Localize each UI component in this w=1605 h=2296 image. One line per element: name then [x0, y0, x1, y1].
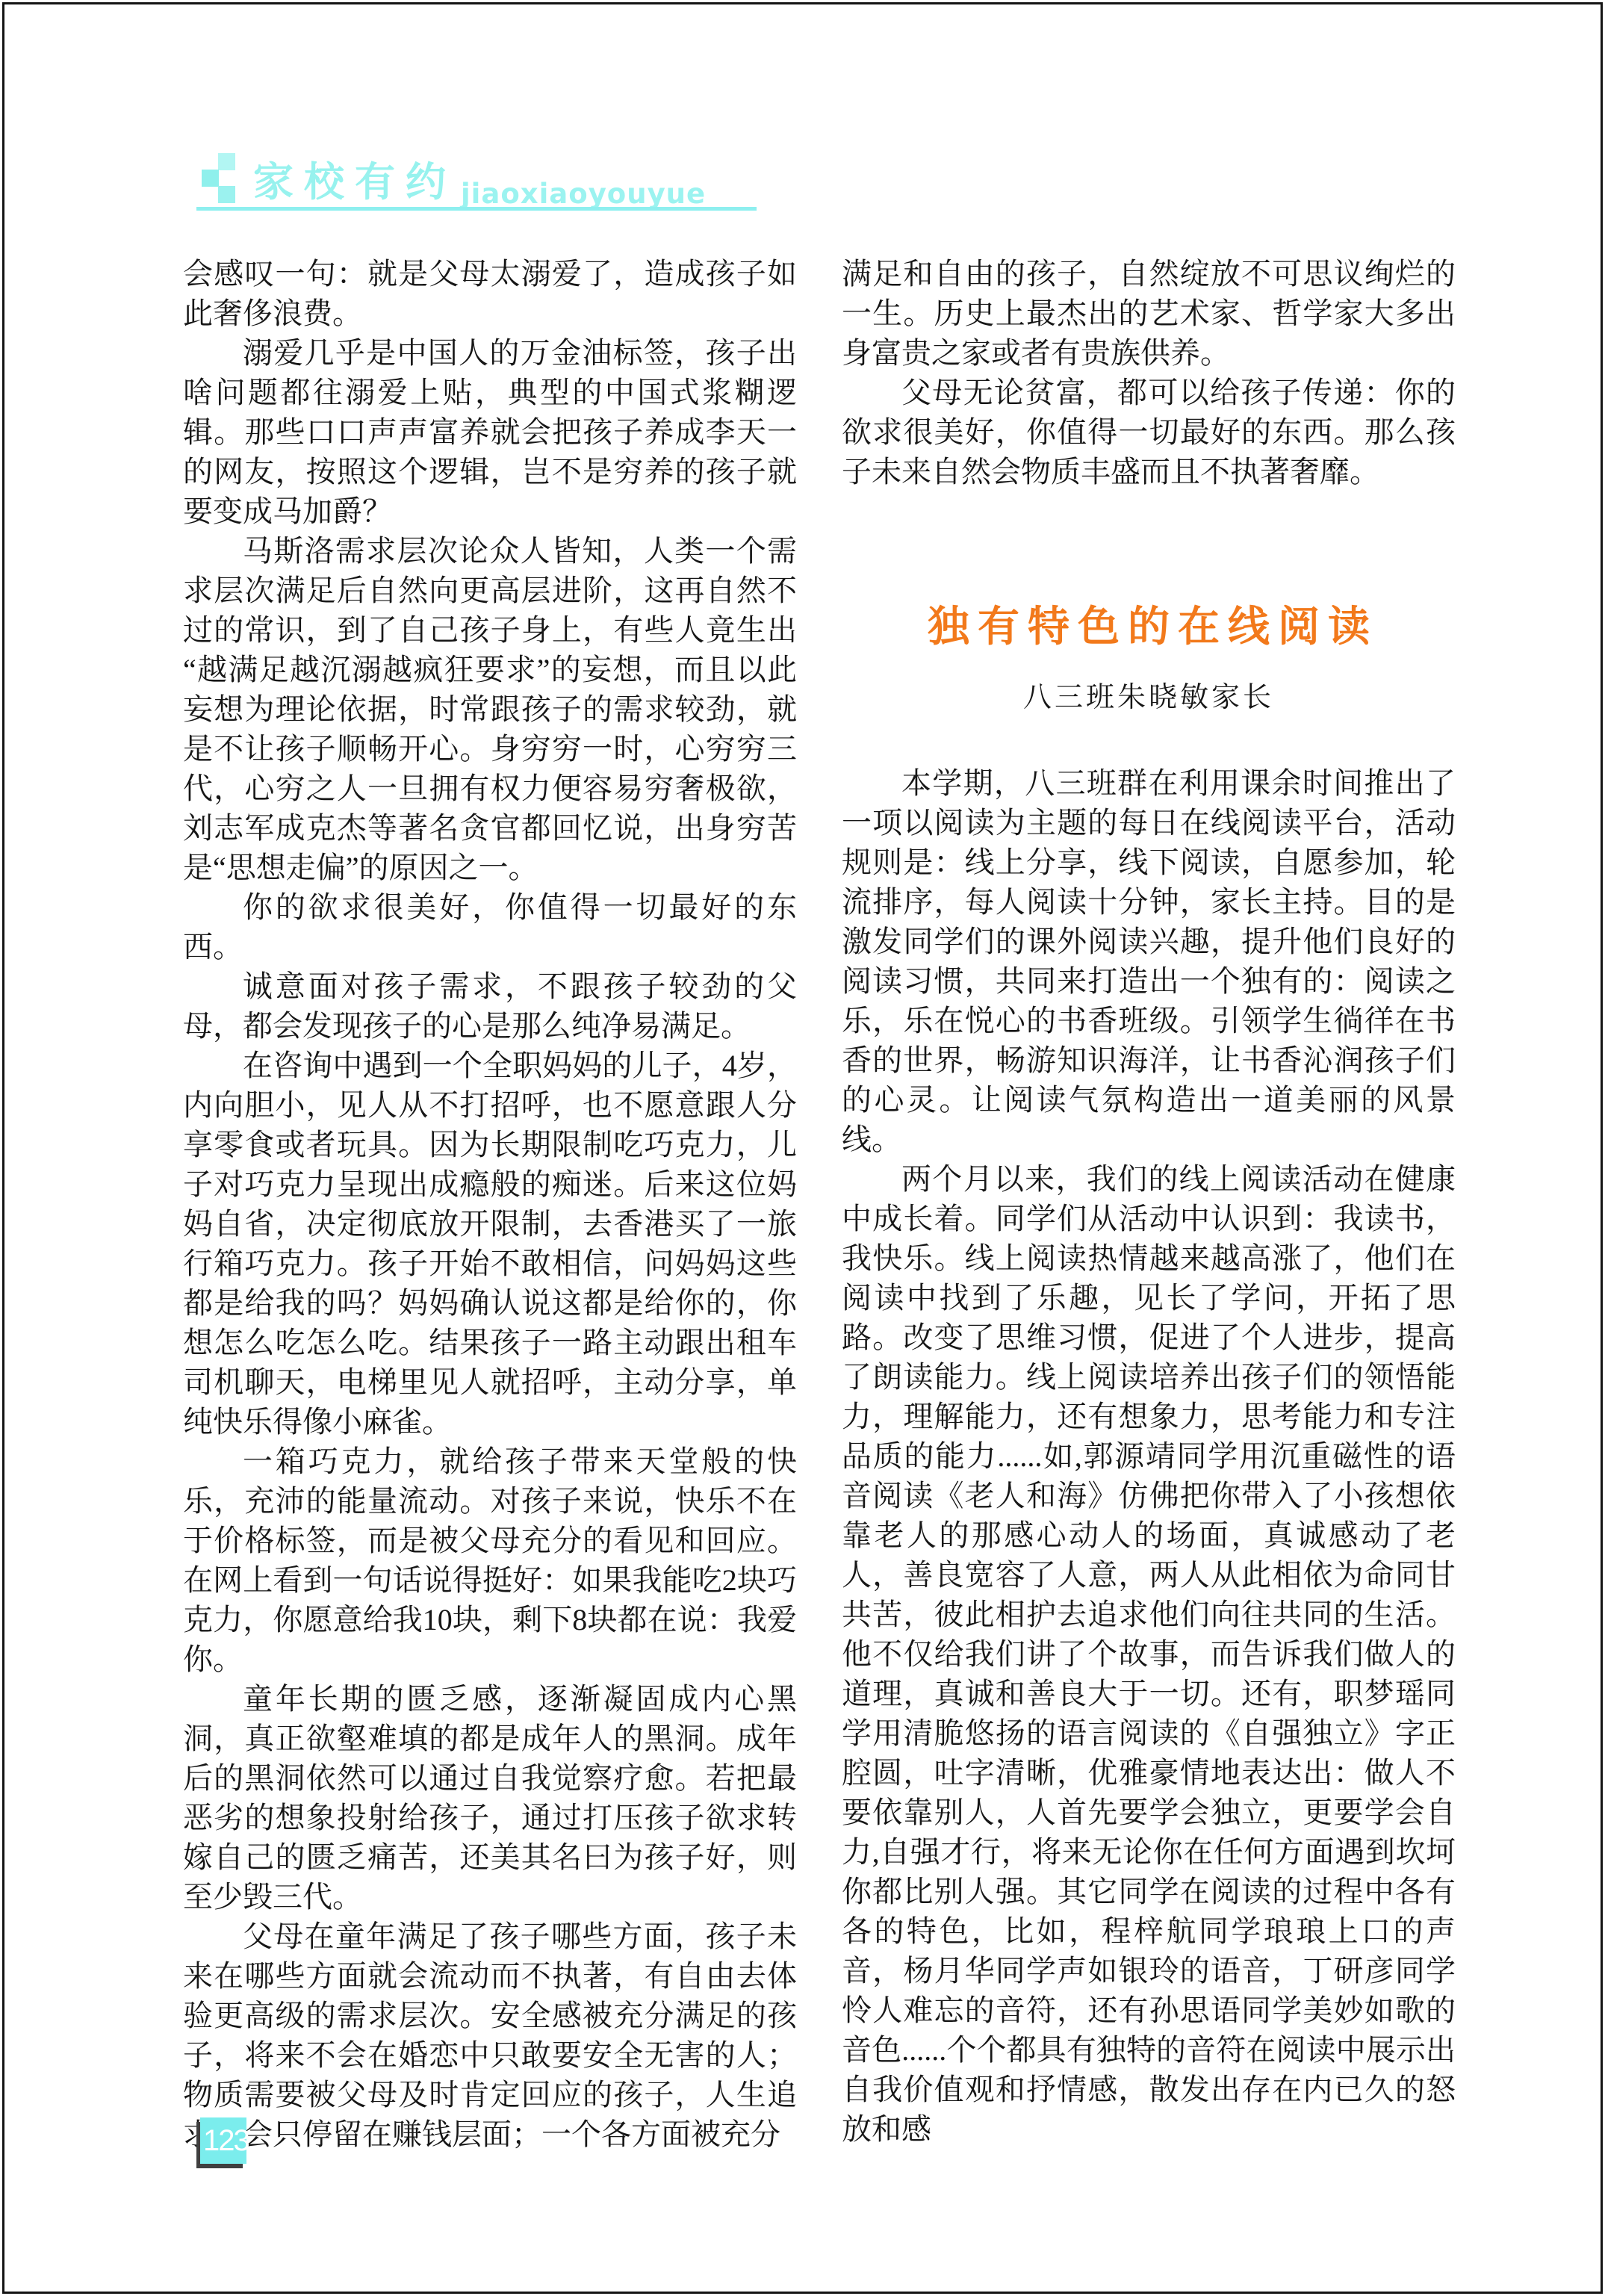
body-paragraph: 满足和自由的孩子，自然绽放不可思议绚烂的一生。历史上最杰出的艺术家、哲学家大多出…	[842, 254, 1456, 373]
body-paragraph: 父母无论贫富，都可以给孩子传递：你的欲求很美好，你值得一切最好的东西。那么孩子未…	[842, 373, 1456, 491]
spacer	[842, 717, 1456, 763]
page-number-badge: 123	[200, 2117, 246, 2164]
masthead-pinyin: jiaoxiaoyouyue	[461, 180, 706, 208]
masthead-title: 家校有约	[253, 161, 456, 203]
magazine-page: 家校有约 jiaoxiaoyouyue 会感叹一句：就是父母太溺爱了，造成孩子如…	[0, 0, 1605, 2296]
body-paragraph: 诚意面对孩子需求，不跟孩子较劲的父母，都会发现孩子的心是那么纯净易满足。	[183, 967, 797, 1046]
body-paragraph: 本学期，八三班群在利用课余时间推出了一项以阅读为主题的每日在线阅读平台，活动规则…	[842, 763, 1456, 1159]
body-paragraph: 一箱巧克力，就给孩子带来天堂般的快乐，充沛的能量流动。对孩子来说，快乐不在于价格…	[183, 1442, 797, 1679]
article-author: 八三班朱晓敏家长	[842, 678, 1456, 717]
article-title: 独有特色的在线阅读	[842, 600, 1456, 656]
left-column: 会感叹一句：就是父母太溺爱了，造成孩子如此奢侈浪费。 溺爱几乎是中国人的万金油标…	[183, 254, 797, 2154]
masthead: 家校有约 jiaoxiaoyouyue	[202, 152, 706, 203]
body-paragraph: 溺爱几乎是中国人的万金油标签，孩子出啥问题都往溺爱上贴，典型的中国式浆糊逻辑。那…	[183, 333, 797, 531]
body-paragraph: 两个月以来，我们的线上阅读活动在健康中成长着。同学们从活动中认识到：我读书，我快…	[842, 1159, 1456, 2149]
checker-squares-icon	[202, 153, 235, 203]
body-paragraph: 在咨询中遇到一个全职妈妈的儿子，4岁，内向胆小，见人从不打招呼，也不愿意跟人分享…	[183, 1046, 797, 1442]
body-paragraph: 父母在童年满足了孩子哪些方面，孩子未来在哪些方面就会流动而不执著，有自由去体验更…	[183, 1917, 797, 2154]
body-paragraph: 你的欲求很美好，你值得一切最好的东西。	[183, 887, 797, 967]
body-paragraph: 童年长期的匮乏感，逐渐凝固成内心黑洞，真正欲壑难填的都是成年人的黑洞。成年后的黑…	[183, 1679, 797, 1917]
body-paragraph: 马斯洛需求层次论众人皆知，人类一个需求层次满足后自然向更高层进阶，这再自然不过的…	[183, 531, 797, 887]
masthead-underline	[196, 207, 757, 211]
right-column: 满足和自由的孩子，自然绽放不可思议绚烂的一生。历史上最杰出的艺术家、哲学家大多出…	[842, 254, 1456, 2149]
body-paragraph: 会感叹一句：就是父母太溺爱了，造成孩子如此奢侈浪费。	[183, 254, 797, 333]
